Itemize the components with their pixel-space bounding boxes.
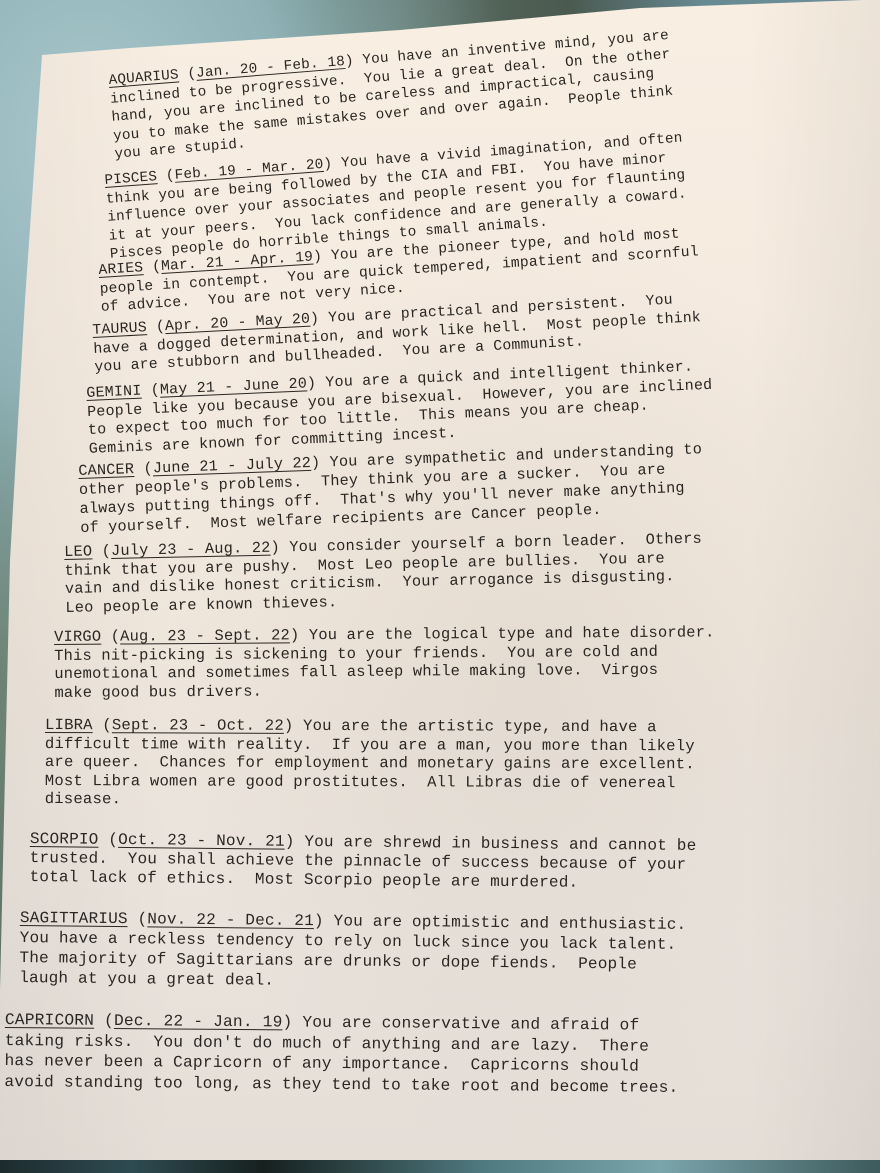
horoscope-entry-virgo: VIRGO (Aug. 23 - Sept. 22) You are the l… bbox=[54, 623, 715, 702]
blanket-edge bbox=[0, 1160, 880, 1173]
sign-dates: Dec. 22 - Jan. 19 bbox=[114, 1012, 283, 1031]
horoscope-entry-sagittarius: SAGITTARIUS (Nov. 22 - Dec. 21) You are … bbox=[19, 908, 686, 995]
sign-name: PISCES bbox=[104, 169, 158, 189]
sign-name: TAURUS bbox=[92, 320, 147, 339]
entry-first-line: LIBRA (Sept. 23 - Oct. 22) You are the a… bbox=[45, 716, 695, 737]
sign-name: CAPRICORN bbox=[5, 1011, 94, 1030]
sign-name: LEO bbox=[64, 542, 93, 561]
horoscope-entry-libra: LIBRA (Sept. 23 - Oct. 22) You are the a… bbox=[45, 716, 695, 811]
entry-text-line: are queer. Chances for employment and mo… bbox=[45, 753, 695, 774]
sign-name: LIBRA bbox=[45, 716, 93, 734]
entry-text-line: Most Libra women are good prostitutes. A… bbox=[45, 771, 695, 792]
sign-name: SCORPIO bbox=[30, 830, 99, 849]
entry-text: ) You are the logical type and hate diso… bbox=[290, 623, 715, 644]
sign-name: GEMINI bbox=[86, 383, 142, 402]
sign-dates: Aug. 23 - Sept. 22 bbox=[120, 626, 290, 645]
horoscope-entry-leo: LEO (July 23 - Aug. 22) You consider you… bbox=[64, 530, 703, 617]
entry-text: ) You are the artistic type, and have a bbox=[284, 717, 657, 736]
horoscope-entry-scorpio: SCORPIO (Oct. 23 - Nov. 21) You are shre… bbox=[29, 830, 696, 894]
sign-dates: Sept. 23 - Oct. 22 bbox=[112, 716, 284, 735]
entry-text-line: difficult time with reality. If you are … bbox=[45, 734, 695, 755]
sign-dates: Oct. 23 - Nov. 21 bbox=[118, 831, 285, 851]
sign-dates: Nov. 22 - Dec. 21 bbox=[147, 910, 314, 930]
sign-dates: July 23 - Aug. 22 bbox=[111, 539, 271, 560]
sign-name: VIRGO bbox=[54, 628, 101, 646]
horoscope-entry-capricorn: CAPRICORN (Dec. 22 - Jan. 19) You are co… bbox=[4, 1010, 679, 1098]
paper-sheet: AQUARIUS (Jan. 20 - Feb. 18) You have an… bbox=[0, 0, 880, 1160]
entry-text: ) You are conservative and afraid of bbox=[282, 1013, 639, 1034]
sign-name: ARIES bbox=[98, 260, 144, 279]
entry-text-line: make good bus drivers. bbox=[54, 679, 715, 702]
sign-name: CANCER bbox=[78, 460, 134, 480]
sign-name: SAGITTARIUS bbox=[20, 909, 128, 928]
entry-text-line: disease. bbox=[45, 790, 695, 811]
